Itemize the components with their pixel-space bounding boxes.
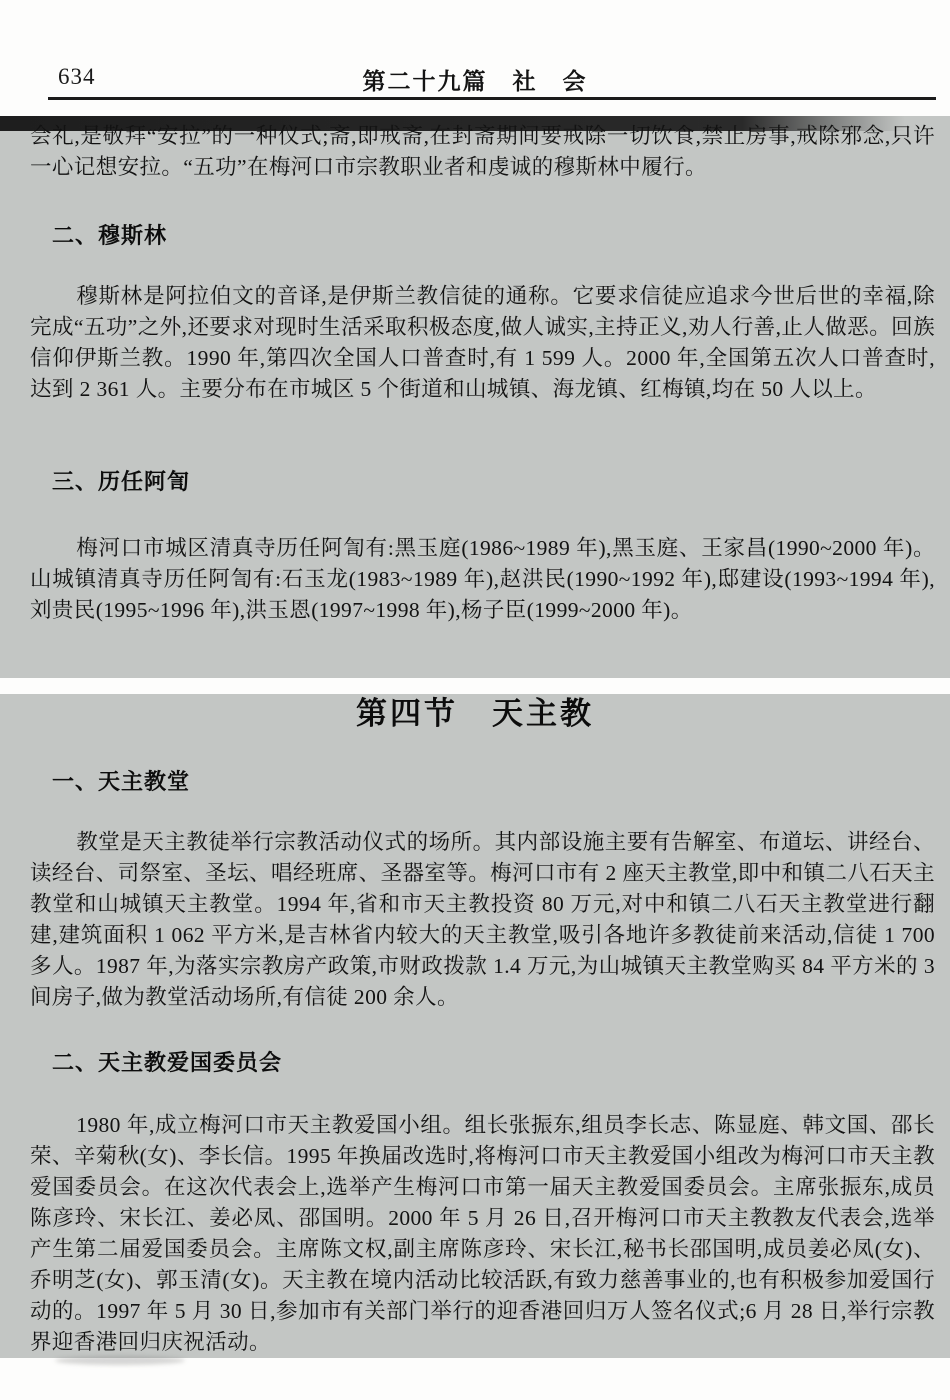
paragraph-five-duties-continued: 会礼,是敬拜“安拉”的一种仪式;斋,即戒斋,在封斋期间要戒除一切饮食,禁止房事,…	[30, 121, 935, 183]
paragraph-successive-imams: 梅河口市城区清真寺历任阿訇有:黑玉庭(1986~1989 年),黑玉庭、王家昌(…	[30, 533, 935, 626]
section-title-catholicism: 第四节 天主教	[0, 688, 950, 733]
scanned-page: 634 第二十九篇 社 会 会礼,是敬拜“安拉”的一种仪式;斋,即戒斋,在封斋期…	[0, 0, 950, 1400]
paragraph-catholic-churches: 教堂是天主教徒举行宗教活动仪式的场所。其内部设施主要有告解室、布道坛、讲经台、读…	[30, 827, 935, 1013]
scan-smudge	[55, 1356, 185, 1365]
heading-patriotic-committee: 二、天主教爱国委员会	[52, 1046, 282, 1077]
paragraph-patriotic-committee: 1980 年,成立梅河口市天主教爱国小组。组长张振东,组员李长志、陈显庭、韩文国…	[30, 1110, 935, 1358]
heading-catholic-churches: 一、天主教堂	[52, 765, 190, 796]
heading-successive-imams: 三、历任阿訇	[52, 465, 190, 496]
running-header-title: 第二十九篇 社 会	[0, 63, 950, 96]
header-rule	[48, 97, 936, 100]
paragraph-muslims: 穆斯林是阿拉伯文的音译,是伊斯兰教信徒的通称。它要求信徒应追求今世后世的幸福,除…	[30, 281, 935, 405]
heading-muslims: 二、穆斯林	[52, 219, 167, 250]
